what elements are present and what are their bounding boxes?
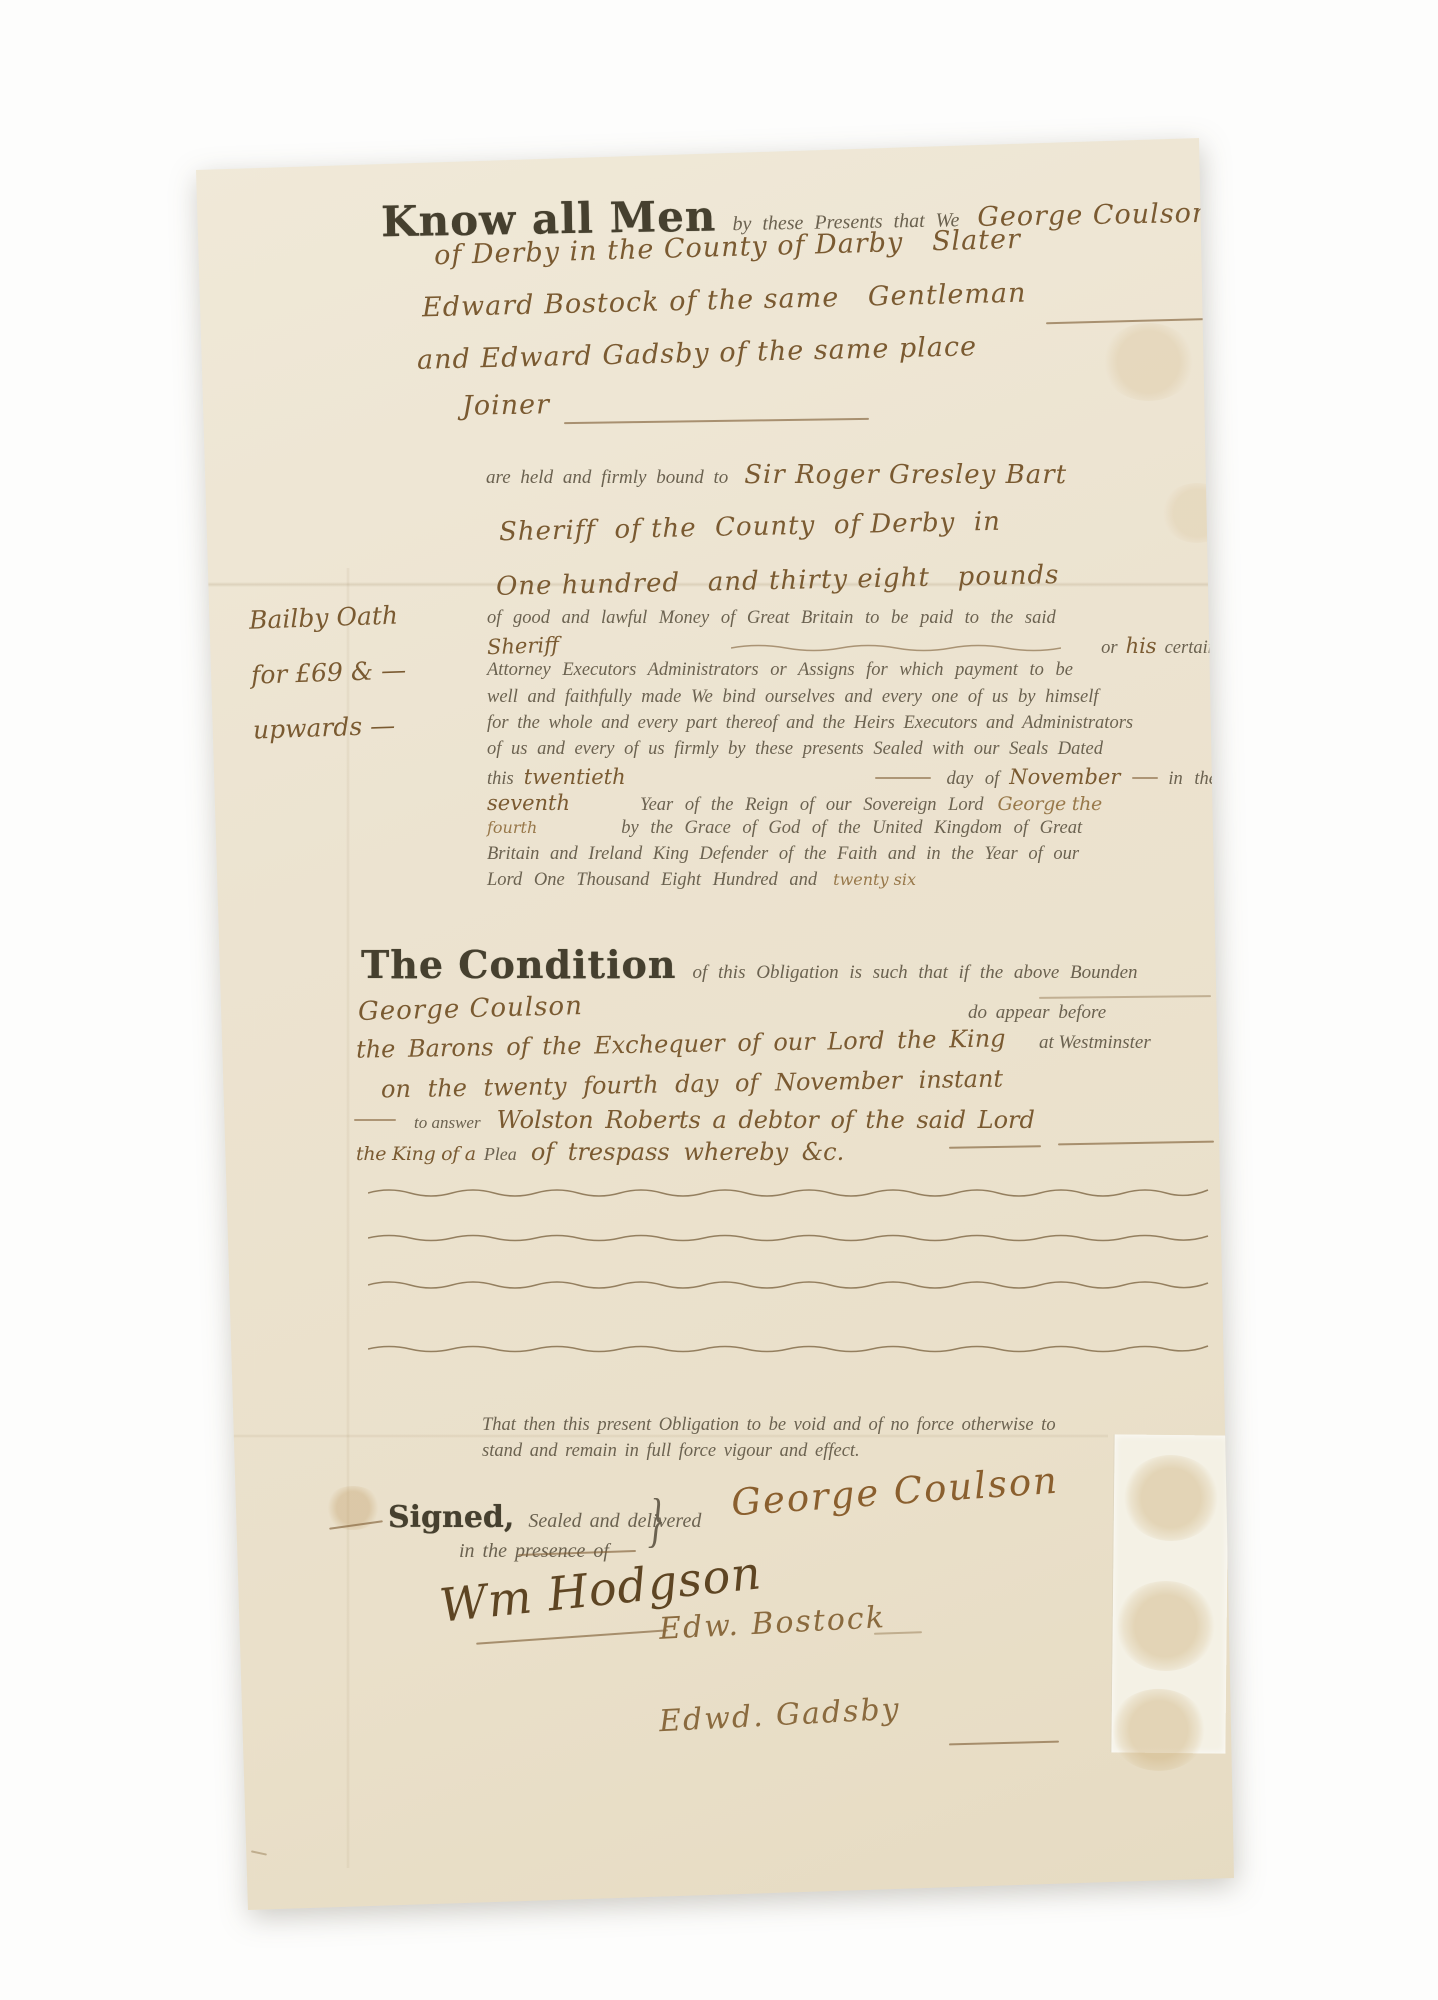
signed-heading: Signed, (388, 1500, 514, 1535)
month-handwritten: November (1009, 765, 1120, 789)
to-answer-printed: to answer (414, 1113, 481, 1133)
year-handwritten: twenty six (833, 870, 916, 889)
obligation-line-5: for the whole and every part thereof and… (487, 713, 1133, 734)
pen-stroke (1039, 995, 1211, 998)
obligee-name-handwritten: Sir Roger Gresley Bart (744, 460, 1067, 490)
void-clause-line-1: That then this present Obligation to be … (482, 1412, 1056, 1438)
bound-line-2: Sheriff of the County of Derby in (499, 507, 1001, 548)
void-clause-line-2: stand and remain in full force vigour an… (482, 1438, 1056, 1464)
seal-strip (1110, 1434, 1228, 1753)
condition-printed-lead: of this Obligation is such that if the a… (693, 962, 1138, 984)
pen-squiggle (731, 642, 1061, 652)
pen-dash (1132, 777, 1158, 779)
document-page: Know all Men by these Presents that We G… (196, 138, 1234, 1910)
day-of-printed: day of (947, 769, 1000, 790)
obligation-line-10: Britain and Ireland King Defender of the… (487, 844, 1079, 865)
bound-line-3: One hundred and thirty eight pounds (496, 560, 1060, 602)
obligation-line-4: well and faithfully made We bind ourselv… (487, 687, 1099, 708)
grace-printed: by the Grace of God of the United Kingdo… (621, 818, 1082, 839)
plea-printed: Plea (484, 1144, 517, 1165)
in-the-printed: in the (1168, 769, 1217, 790)
signature-underline (476, 1629, 668, 1644)
bound-lead-line: are held and firmly bound to Sir Roger G… (486, 460, 1067, 490)
or-printed: or (1101, 638, 1117, 659)
reign-printed: Year of the Reign of our Sovereign Lord (640, 795, 983, 816)
king-of-a-handwritten: the King of a (356, 1143, 476, 1165)
signature-second: Edw. Bostock (658, 1600, 886, 1647)
year-printed: Lord One Thousand Eight Hundred and (487, 870, 817, 891)
seal-stain (1114, 1580, 1217, 1671)
opening-line-3: Edward Bostock of the same Gentleman (422, 278, 1027, 324)
bound-printed-lead: are held and firmly bound to (486, 467, 728, 489)
vertical-crease (346, 568, 350, 1868)
king-name-handwritten: George the (997, 793, 1102, 815)
void-clause: That then this present Obligation to be … (482, 1412, 1056, 1464)
condition-plaintiff-handwritten: Wolston Roberts a debtor of the said Lor… (497, 1106, 1035, 1134)
pen-stroke (949, 1145, 1041, 1149)
obligation-line-9: fourth by the Grace of God of the United… (487, 818, 1217, 844)
pen-stroke (949, 1741, 1059, 1746)
pen-stroke (1058, 1141, 1214, 1146)
sheriff-handwritten: Sheriff (487, 633, 560, 659)
blank-fill-line (368, 1231, 1216, 1245)
margin-note-line-3: upwards — (252, 697, 409, 757)
scanned-document-photo: Know all Men by these Presents that We G… (0, 0, 1438, 2000)
obligation-line-6: of us and every of us firmly by these pr… (487, 739, 1103, 760)
regnal-year-handwritten: seventh (487, 791, 570, 815)
opening-line-5: Joiner (462, 389, 551, 422)
the-condition-heading: The Condition (361, 942, 677, 987)
pen-mark (251, 1850, 267, 1855)
pen-dash (354, 1119, 396, 1121)
pen-stroke (564, 418, 869, 424)
opening-line-4: and Edward Gadsby of the same place (417, 331, 978, 376)
condition-plea-handwritten: of trespass whereby &c. (531, 1138, 844, 1166)
pen-stroke (1046, 318, 1218, 325)
blank-fill-line (368, 1341, 1216, 1355)
seal-stain (1122, 1454, 1221, 1541)
obligation-line-7: this twentieth day of November in the (487, 765, 1217, 791)
signature-third: Edwd. Gadsby (658, 1692, 901, 1740)
obligation-block: of good and lawful Money of Great Britai… (487, 608, 1217, 896)
pen-dash (875, 777, 931, 779)
obligation-line-2: Sheriff or his certain (487, 634, 1217, 660)
margin-note-line-1: Bailby Oath (248, 587, 405, 647)
attestation-brace: } (648, 1486, 662, 1555)
stain (1101, 323, 1196, 401)
signature-obligor: George Coulson (730, 1459, 1060, 1525)
condition-answer-line: to answer Wolston Roberts a debtor of th… (354, 1106, 1035, 1134)
at-westminster-printed: at Westminster (1039, 1032, 1151, 1054)
sealed-delivered-printed: Sealed and delivered (528, 1510, 701, 1533)
condition-bounden-name: George Coulson (358, 991, 584, 1027)
condition-plea-line: the King of a Plea of trespass whereby &… (356, 1138, 844, 1166)
obligation-line-3: Attorney Executors Administrators or Ass… (487, 660, 1073, 681)
condition-heading-line: The Condition of this Obligation is such… (361, 942, 1216, 987)
margin-note-line-2: for £69 & — (250, 642, 407, 702)
condition-court-handwritten: the Barons of the Exchequer of our Lord … (356, 1024, 1006, 1063)
pen-stroke (874, 1631, 922, 1634)
fourth-handwritten: fourth (487, 818, 537, 837)
margin-note: Bailby Oath for £69 & — upwards — (248, 587, 409, 757)
his-handwritten: his (1126, 634, 1157, 658)
obligation-line-8: seventh Year of the Reign of our Soverei… (487, 791, 1217, 817)
do-appear-before-printed: do appear before (968, 1002, 1106, 1024)
condition-date-handwritten: on the twenty fourth day of November ins… (381, 1065, 1004, 1104)
blank-fill-line (368, 1277, 1216, 1291)
this-printed: this (487, 769, 514, 790)
day-ordinal-handwritten: twentieth (524, 765, 626, 789)
obligation-line-1: of good and lawful Money of Great Britai… (487, 608, 1056, 629)
stain (1161, 483, 1233, 543)
obligation-line-11: Lord One Thousand Eight Hundred and twen… (487, 870, 1217, 896)
certain-printed: certain (1165, 638, 1217, 659)
seal-stain (1109, 1688, 1208, 1771)
blank-fill-line (368, 1184, 1216, 1198)
